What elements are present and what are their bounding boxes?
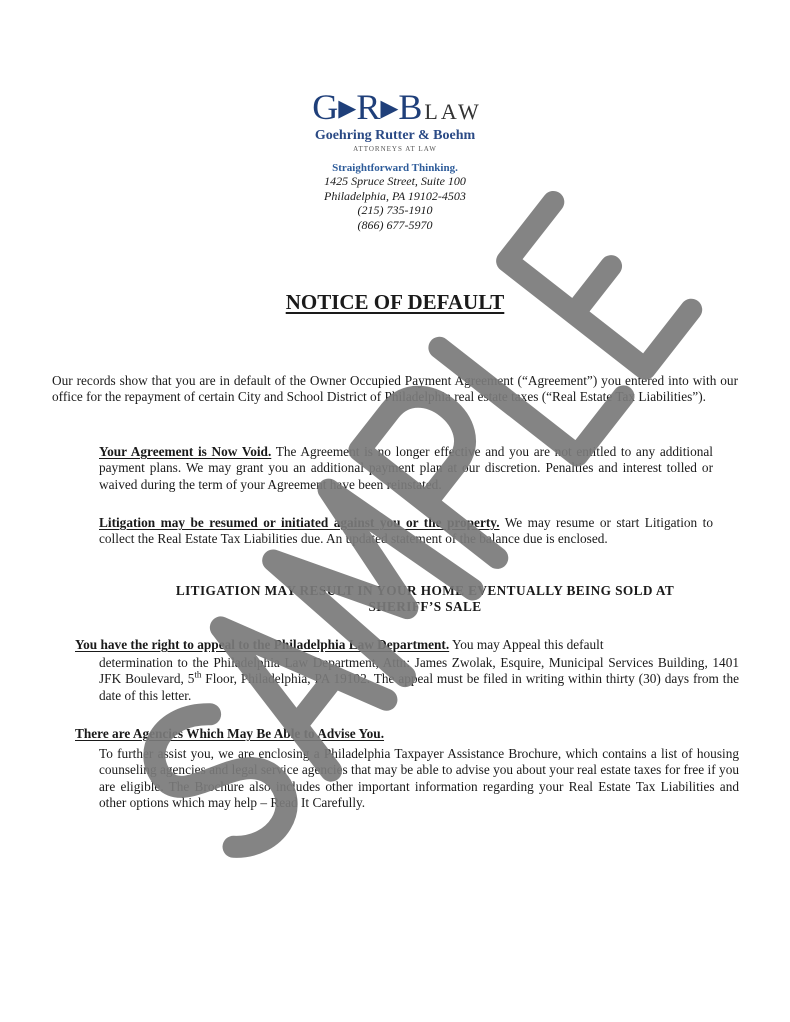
logo-law-text: LAW [424, 99, 481, 124]
appeal-paragraph: determination to the Philadelphia Law De… [99, 655, 739, 704]
litigation-heading: Litigation may be resumed or initiated a… [99, 515, 500, 530]
warning-line-2: SHERIFF’S SALE [130, 599, 720, 615]
agencies-heading: There are Agencies Which May Be Able to … [75, 726, 384, 741]
logo-letter-g: G [312, 87, 338, 127]
logo-letter-b: B [398, 87, 422, 127]
phone-local: (215) 735-1910 [0, 203, 790, 218]
agreement-void-paragraph: Your Agreement is Now Void. The Agreemen… [99, 444, 713, 493]
address-city: Philadelphia, PA 19102-4503 [0, 189, 790, 204]
agreement-void-heading: Your Agreement is Now Void. [99, 444, 271, 459]
warning-line-1: LITIGATION MAY RESULT IN YOUR HOME EVENT… [130, 583, 720, 599]
litigation-paragraph: Litigation may be resumed or initiated a… [99, 515, 713, 548]
appeal-heading: You have the right to appeal to the Phil… [75, 637, 449, 652]
logo-separator-icon: ▸ [380, 87, 398, 127]
logo-separator-icon: ▸ [338, 87, 356, 127]
sheriff-sale-warning: LITIGATION MAY RESULT IN YOUR HOME EVENT… [130, 583, 720, 616]
letterhead: G▸R▸BLAW Goehring Rutter & Boehm ATTORNE… [0, 90, 790, 232]
firm-logo: G▸R▸BLAW [312, 90, 482, 124]
intro-paragraph: Our records show that you are in default… [52, 373, 738, 406]
agencies-heading-line: There are Agencies Which May Be Able to … [75, 726, 735, 742]
firm-name: Goehring Rutter & Boehm [0, 128, 790, 144]
agencies-paragraph: To further assist you, we are enclosing … [99, 746, 739, 811]
appeal-heading-tail: You may Appeal this default [449, 637, 603, 652]
document-title-text: NOTICE OF DEFAULT [286, 290, 505, 314]
firm-tagline: Straightforward Thinking. [0, 162, 790, 174]
address-street: 1425 Spruce Street, Suite 100 [0, 174, 790, 189]
phone-tollfree: (866) 677-5970 [0, 218, 790, 233]
logo-letter-r: R [356, 87, 380, 127]
document-title: NOTICE OF DEFAULT [0, 290, 790, 315]
appeal-heading-line: You have the right to appeal to the Phil… [75, 637, 735, 653]
firm-subtitle: ATTORNEYS AT LAW [0, 144, 790, 154]
